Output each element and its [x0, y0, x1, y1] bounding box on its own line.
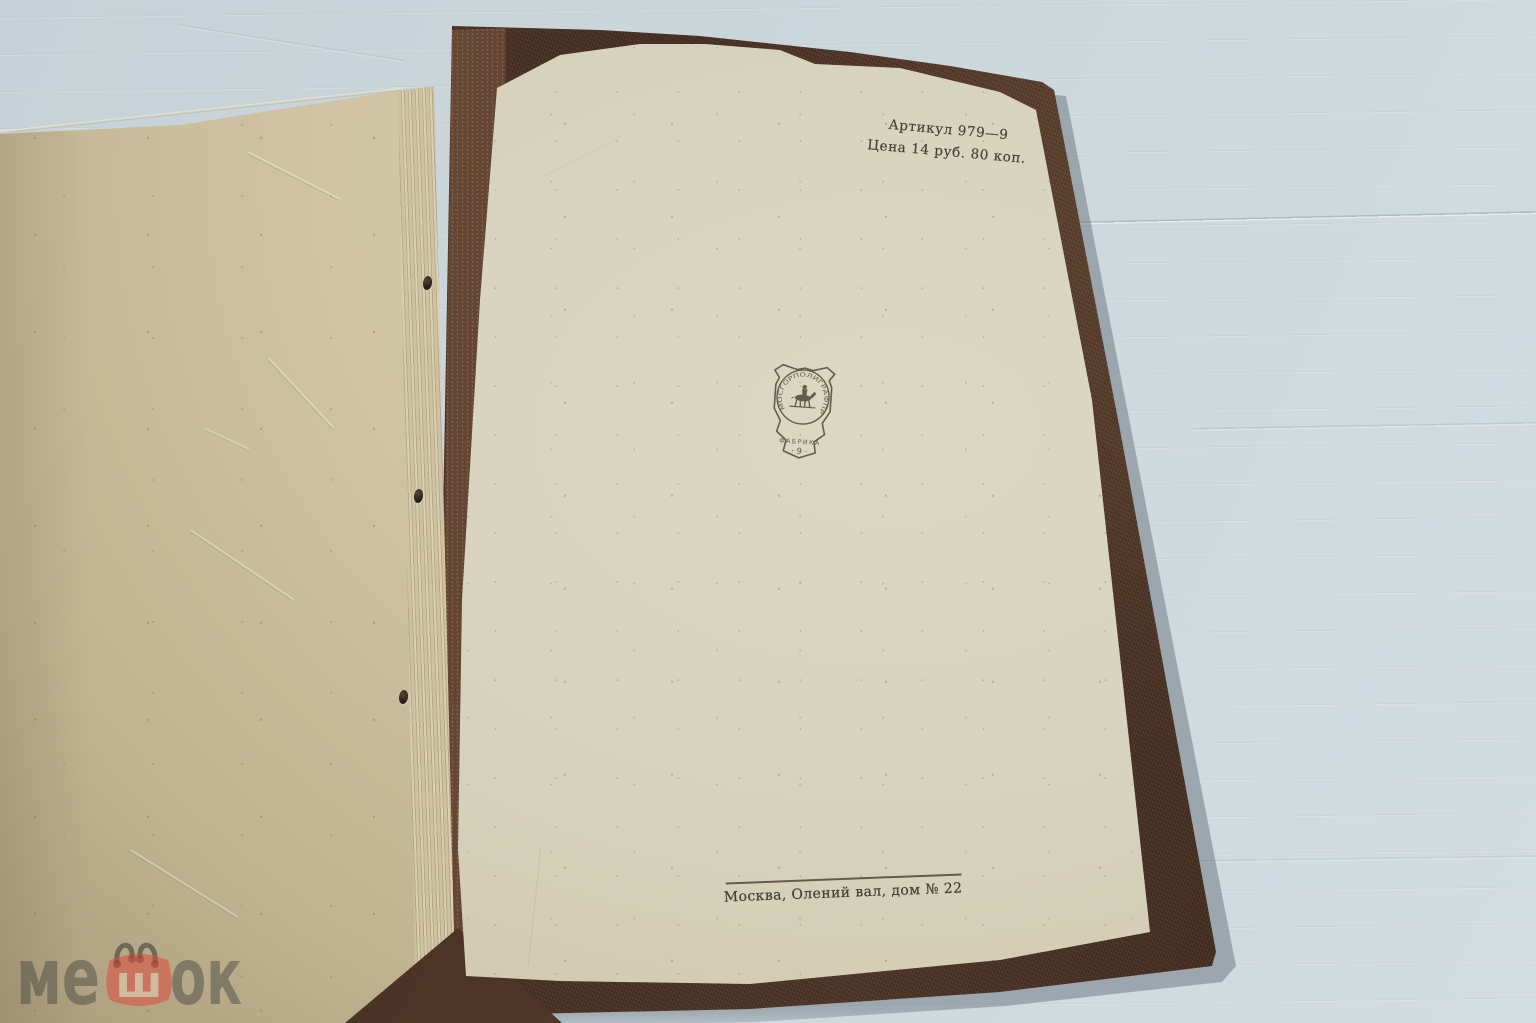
watermark-text-before: ме: [16, 936, 100, 1012]
watermark-text-after: ок: [170, 936, 242, 1012]
site-watermark: ме ш ок: [14, 936, 254, 1012]
stamp-number: · 9 ·: [791, 446, 808, 457]
shopping-bag-icon: ш: [106, 945, 172, 1008]
photo-open-album-scene: Артикул 979—9 Цена 14 руб. 80 коп. МОСГО…: [0, 0, 1536, 1023]
watermark-bag-letter: ш: [116, 957, 163, 1008]
horse-rider-icon: [789, 384, 816, 408]
factory-stamp-icon: МОСГОРПОЛИГРАФПРОМ ФАБРИКА · 9 ·: [752, 357, 851, 467]
